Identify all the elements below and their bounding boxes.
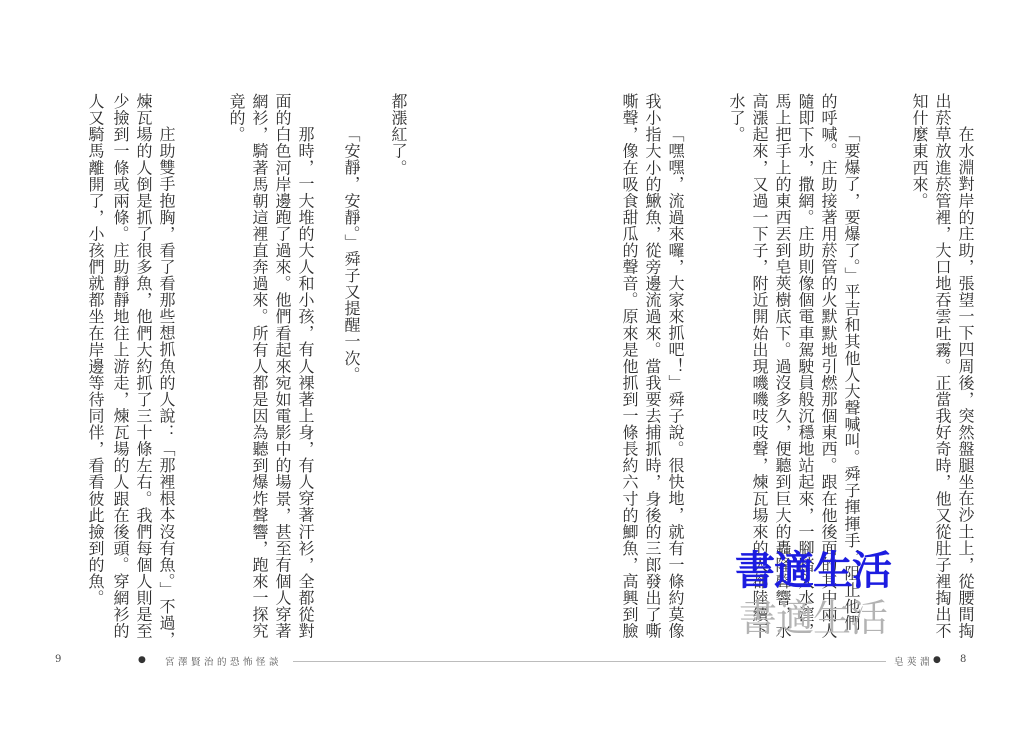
text-column: 竟的。 bbox=[225, 93, 248, 645]
text-column: 少撿到一條或兩條。庄助靜靜地往上游走，煉瓦場的人跟在後頭。穿網衫的 bbox=[109, 93, 132, 645]
book-spread: 在水淵對岸的庄助，張望一下四周後，突然盤腿坐在沙土上，從腰間掏 出菸草放進菸管裡… bbox=[0, 0, 1028, 729]
text-column: 網衫，騎著馬朝這裡直奔過來。所有人都是因為聽到爆炸聲響，跑來一探究 bbox=[248, 93, 271, 645]
text-column: 知什麼東西來。 bbox=[908, 93, 931, 645]
text-column: 嘶聲，像在吸食甜瓜的聲音。原來是他抓到一條長約六寸的鯽魚，高興到臉 bbox=[618, 93, 641, 645]
chapter-title-footer: 皂莢淵 bbox=[894, 654, 933, 668]
watermark-gray: 書適生活 bbox=[739, 587, 887, 642]
text-column: 在水淵對岸的庄助，張望一下四周後，突然盤腿坐在沙土上，從腰間掏 bbox=[954, 126, 977, 645]
text-column: 「安靜，安靜。」舜子又提醒一次。 bbox=[340, 126, 363, 645]
text-column: 煉瓦場的人倒是抓了很多魚，他們大約抓了三十條左右。我們每個人則是至 bbox=[132, 93, 155, 645]
page-number-right: 8 bbox=[960, 654, 966, 665]
footer-rule bbox=[293, 661, 886, 662]
text-column: 庄助雙手抱胸，看了看那些想抓魚的人說：「那裡根本沒有魚。」不過， bbox=[155, 126, 178, 645]
book-title-footer: 宮澤賢治的恐怖怪談 bbox=[165, 654, 282, 668]
page-number-left: 9 bbox=[55, 654, 61, 665]
text-column: 那時，一大堆的大人和小孩，有人裸著上身，有人穿著汗衫，全都從對 bbox=[294, 126, 317, 645]
footer-bullet-left: ● bbox=[138, 655, 146, 665]
footer-bullet-right: ● bbox=[933, 655, 941, 665]
text-column: 「嘿嘿，流過來囉，大家來抓吧！」舜子說。很快地，就有一條約莫像 bbox=[664, 126, 687, 645]
text-column: 人又騎馬離開了，小孩們就都坐在岸邊等待同伴，看看彼此撿到的魚。 bbox=[84, 93, 107, 645]
text-column: 我小指大小的鰍魚，從旁邊流過來。當我要去捕抓時，身後的三郎發出了嘶 bbox=[641, 93, 664, 645]
text-column: 都漲紅了。 bbox=[387, 93, 410, 645]
text-column: 面的白色河岸邊跑了過來。他們看起來宛如電影中的場景，甚至有個人穿著 bbox=[271, 93, 294, 645]
text-column: 出菸草放進菸管裡，大口地吞雲吐霧。正當我好奇時，他又從肚子裡掏出不 bbox=[931, 93, 954, 645]
